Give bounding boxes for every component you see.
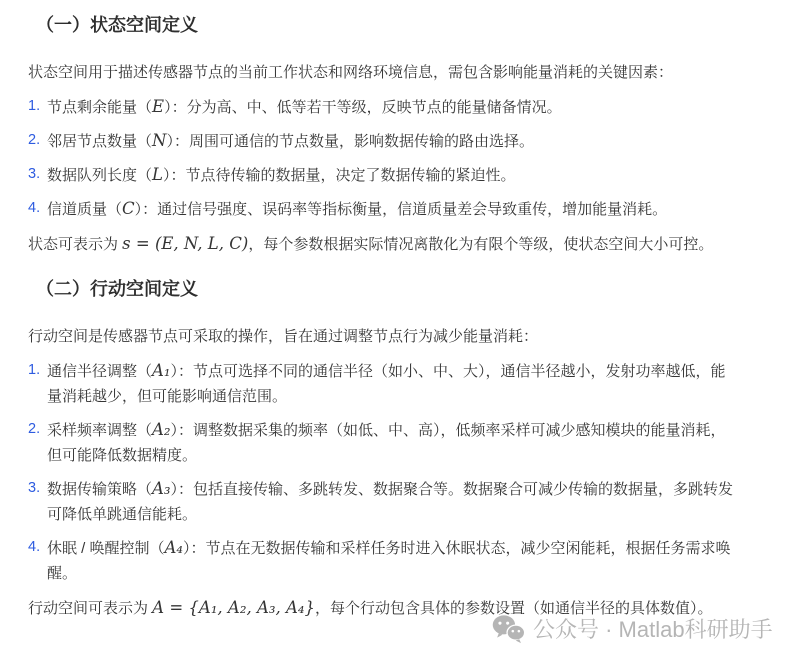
math-symbol: E xyxy=(152,97,164,116)
list-item: 3. 数据传输策略（A₃）：包括直接传输、多跳转发、数据聚合等。数据聚合可减少传… xyxy=(28,476,735,527)
item-pre: 数据队列长度（ xyxy=(47,167,152,184)
item-post: ）：分为高、中、低等若干等级，反映节点的能量储备情况。 xyxy=(164,99,562,116)
summary-pre: 状态可表示为 xyxy=(28,236,122,253)
section1-intro: 状态空间用于描述传感器节点的当前工作状态和网络环境信息，需包含影响能量消耗的关键… xyxy=(28,62,735,83)
list-item: 2. 邻居节点数量（N）：周围可通信的节点数量，影响数据传输的路由选择。 xyxy=(28,128,735,154)
item-pre: 采样频率调整（ xyxy=(47,422,152,439)
math-symbol: L xyxy=(152,165,163,184)
section2-intro: 行动空间是传感器节点可采取的操作，旨在通过调整节点行为减少能量消耗： xyxy=(28,326,735,347)
list-item-text: 数据队列长度（L）：节点待传输的数据量，决定了数据传输的紧迫性。 xyxy=(47,162,735,188)
section1-heading: （一）状态空间定义 xyxy=(36,12,735,38)
math-symbol: A₁ xyxy=(152,361,171,380)
item-post: ）：通过信号强度、误码率等指标衡量，信道质量差会导致重传，增加能量消耗。 xyxy=(135,201,668,218)
action-list: 1. 通信半径调整（A₁）：节点可选择不同的通信半径（如小、中、大），通信半径越… xyxy=(28,358,735,586)
item-pre: 节点剩余能量（ xyxy=(47,99,152,116)
item-post: ）：周围可通信的节点数量，影响数据传输的路由选择。 xyxy=(166,133,534,150)
math-symbol: C xyxy=(122,199,135,218)
list-item-text: 邻居节点数量（N）：周围可通信的节点数量，影响数据传输的路由选择。 xyxy=(47,128,735,154)
list-number: 3. xyxy=(28,476,47,527)
list-item-text: 信道质量（C）：通过信号强度、误码率等指标衡量，信道质量差会导致重传，增加能量消… xyxy=(47,196,735,222)
document-page: （一）状态空间定义 状态空间用于描述传感器节点的当前工作状态和网络环境信息，需包… xyxy=(0,0,812,659)
summary-pre: 行动空间可表示为 xyxy=(28,600,152,617)
list-item: 1. 节点剩余能量（E）：分为高、中、低等若干等级，反映节点的能量储备情况。 xyxy=(28,94,735,120)
list-item-text: 采样频率调整（A₂）：调整数据采集的频率（如低、中、高），低频率采样可减少感知模… xyxy=(47,417,735,468)
list-item: 3. 数据队列长度（L）：节点待传输的数据量，决定了数据传输的紧迫性。 xyxy=(28,162,735,188)
item-pre: 休眠 / 唤醒控制（ xyxy=(47,540,165,557)
list-number: 1. xyxy=(28,358,47,409)
list-number: 4. xyxy=(28,535,47,586)
list-item: 1. 通信半径调整（A₁）：节点可选择不同的通信半径（如小、中、大），通信半径越… xyxy=(28,358,735,409)
state-formula: s = (E, N, L, C) xyxy=(122,234,248,253)
section2-summary: 行动空间可表示为 A = {A₁, A₂, A₃, A₄}，每个行动包含具体的参… xyxy=(28,594,735,622)
list-item: 4. 休眠 / 唤醒控制（A₄）：节点在无数据传输和采样任务时进入休眠状态，减少… xyxy=(28,535,735,586)
item-pre: 数据传输策略（ xyxy=(47,481,152,498)
list-number: 3. xyxy=(28,162,47,188)
action-formula: A = {A₁, A₂, A₃, A₄} xyxy=(152,598,315,617)
list-number: 1. xyxy=(28,94,47,120)
list-number: 2. xyxy=(28,128,47,154)
state-factors-list: 1. 节点剩余能量（E）：分为高、中、低等若干等级，反映节点的能量储备情况。 2… xyxy=(28,94,735,222)
section-state-space: （一）状态空间定义 状态空间用于描述传感器节点的当前工作状态和网络环境信息，需包… xyxy=(28,12,735,258)
list-item: 2. 采样频率调整（A₂）：调整数据采集的频率（如低、中、高），低频率采样可减少… xyxy=(28,417,735,468)
list-item-text: 数据传输策略（A₃）：包括直接传输、多跳转发、数据聚合等。数据聚合可减少传输的数… xyxy=(47,476,735,527)
math-symbol: A₃ xyxy=(152,479,171,498)
summary-post: ，每个行动包含具体的参数设置（如通信半径的具体数值）。 xyxy=(315,600,713,617)
section2-heading: （二）行动空间定义 xyxy=(36,276,735,302)
list-item-text: 节点剩余能量（E）：分为高、中、低等若干等级，反映节点的能量储备情况。 xyxy=(47,94,735,120)
section1-summary: 状态可表示为 s = (E, N, L, C)，每个参数根据实际情况离散化为有限… xyxy=(28,230,735,258)
math-symbol: A₄ xyxy=(165,538,184,557)
math-symbol: A₂ xyxy=(152,420,171,439)
item-post: ）：节点待传输的数据量，决定了数据传输的紧迫性。 xyxy=(163,167,516,184)
list-item: 4. 信道质量（C）：通过信号强度、误码率等指标衡量，信道质量差会导致重传，增加… xyxy=(28,196,735,222)
summary-post: ，每个参数根据实际情况离散化为有限个等级，使状态空间大小可控。 xyxy=(248,236,713,253)
section-action-space: （二）行动空间定义 行动空间是传感器节点可采取的操作，旨在通过调整节点行为减少能… xyxy=(28,276,735,622)
item-pre: 邻居节点数量（ xyxy=(47,133,152,150)
item-pre: 信道质量（ xyxy=(47,201,122,218)
document-content: （一）状态空间定义 状态空间用于描述传感器节点的当前工作状态和网络环境信息，需包… xyxy=(0,0,812,622)
list-number: 2. xyxy=(28,417,47,468)
math-symbol: N xyxy=(152,131,166,150)
list-item-text: 通信半径调整（A₁）：节点可选择不同的通信半径（如小、中、大），通信半径越小，发… xyxy=(47,358,735,409)
list-item-text: 休眠 / 唤醒控制（A₄）：节点在无数据传输和采样任务时进入休眠状态，减少空闲能… xyxy=(47,535,735,586)
item-pre: 通信半径调整（ xyxy=(47,363,152,380)
list-number: 4. xyxy=(28,196,47,222)
